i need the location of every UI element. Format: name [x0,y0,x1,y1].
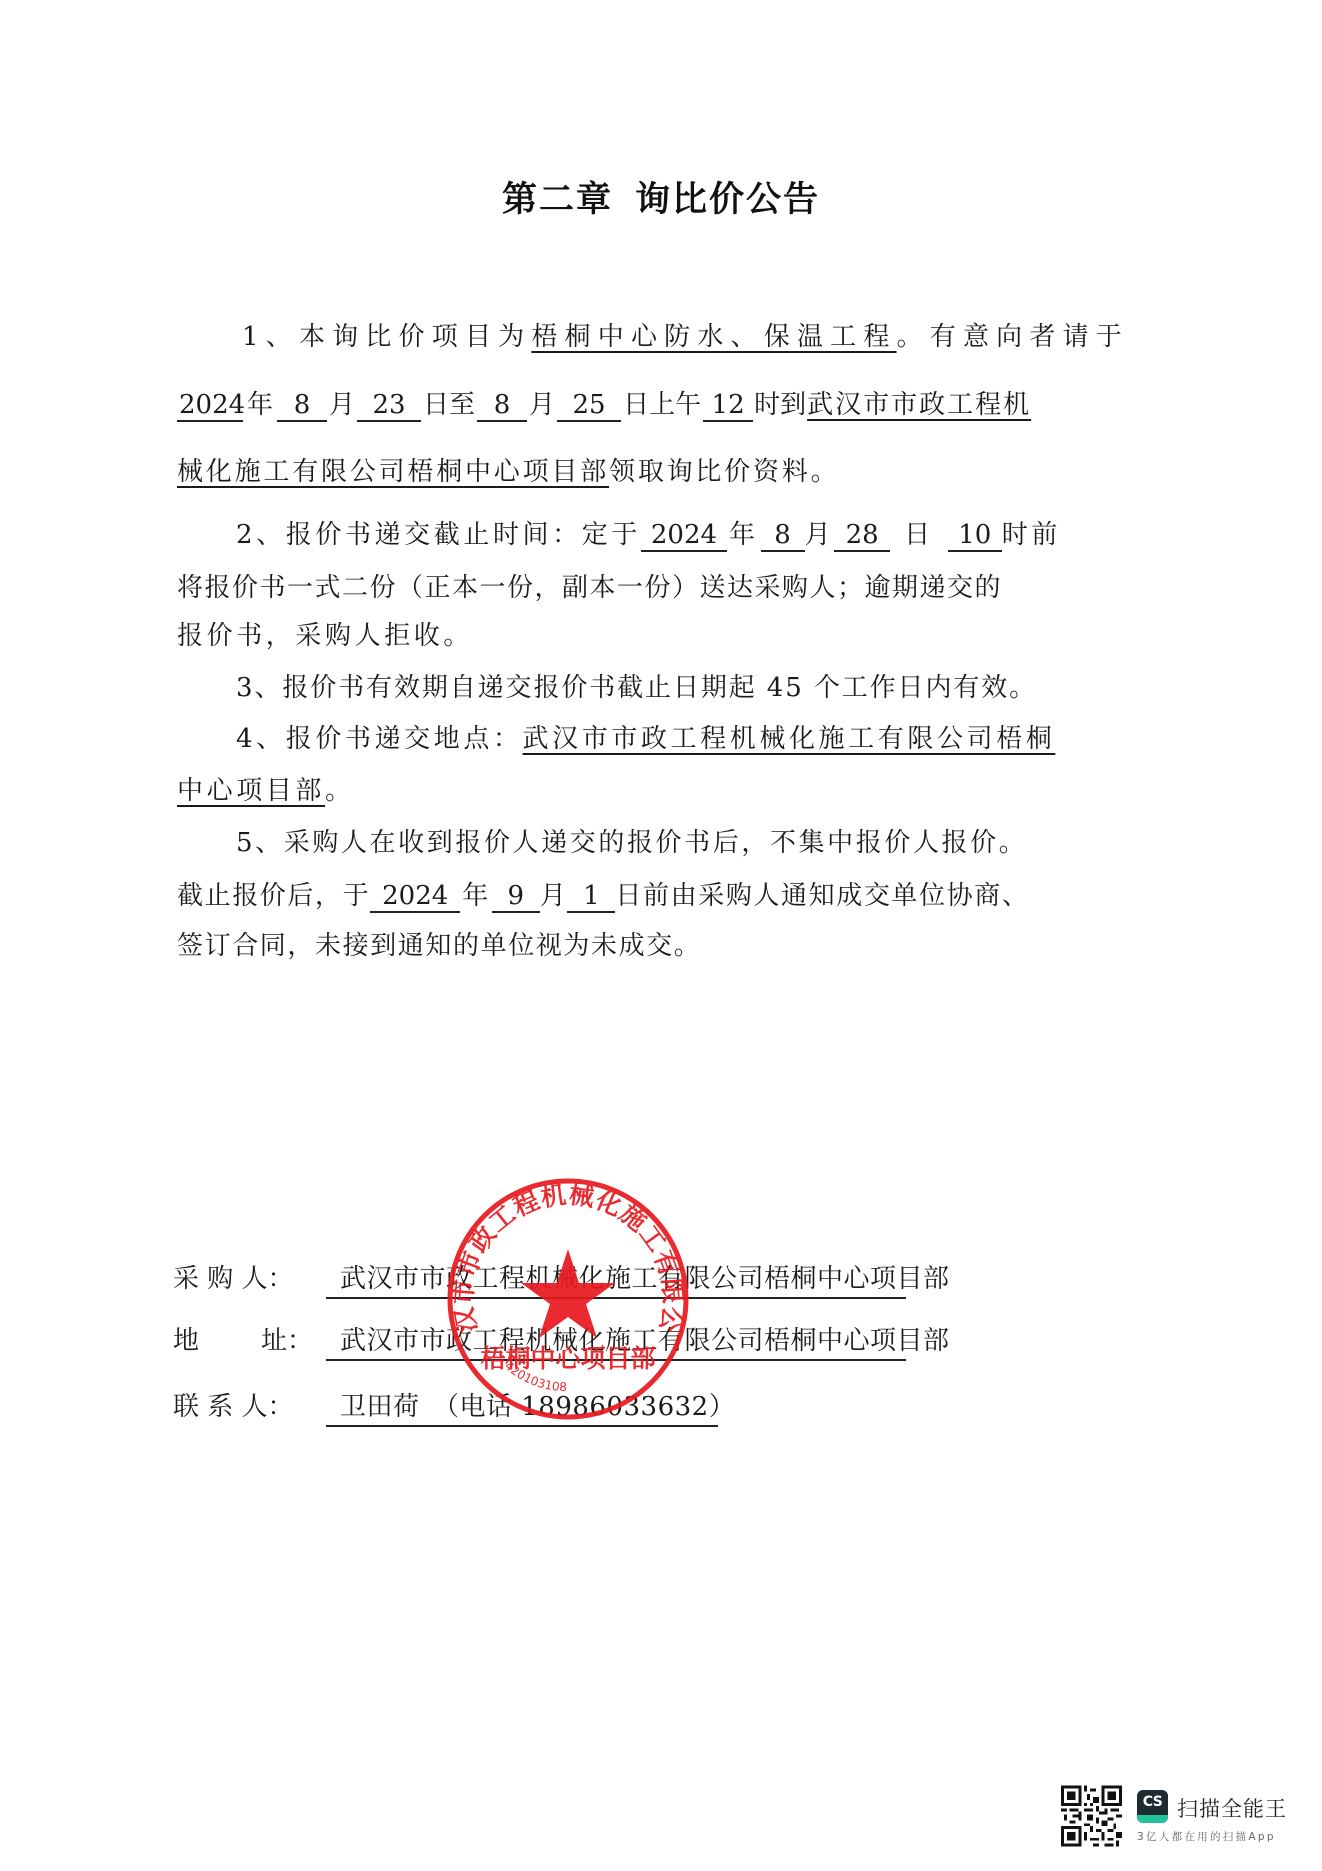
brand-tagline: 3亿人都在用的扫描App [1137,1829,1276,1844]
text: 月 [329,390,355,420]
text: 。 [325,776,355,806]
end-day: 25 [557,391,621,422]
start-year: 2024 [177,391,243,422]
text: 址： [261,1326,313,1356]
deadline-day: 28 [834,521,890,552]
text: 2、报价书递交截止时间：定于 [236,520,641,550]
text: 月 [805,520,835,550]
para2-line2: 将报价书一式二份（正本一份，副本一份）送达采购人；逾期递交的 [177,567,1002,604]
chapter-label: 第二章 [502,180,613,220]
text: 日前由采购人通知成交单位协商、 [615,881,1029,911]
start-month: 8 [277,391,327,422]
contact-label: 联 系 人： [173,1386,323,1423]
text: 年 [462,881,490,911]
text: 领取询比价资料。 [609,457,839,487]
contact-row: 联 系 人： 卫田荷 （电话 18986033632） [173,1386,323,1423]
hour: 12 [703,391,753,422]
submission-location: 中心项目部 [177,776,325,806]
text: 时前 [1002,520,1061,550]
brand-name: 扫描全能王 [1177,1793,1287,1823]
purchaser-label: 采 购 人： [173,1258,323,1295]
text: 4、报价书递交地点： [236,724,523,754]
para4-line2: 中心项目部。 [177,770,355,807]
purchaser-row: 采 购 人： 武汉市市政工程机械化施工有限公司梧桐中心项目部 [173,1258,323,1295]
para5-line3: 签订合同，未接到通知的单位视为未成交。 [177,925,701,962]
deadline-year: 2024 [641,521,727,552]
para5-line2: 截止报价后，于2024年9月1日前由采购人通知成交单位协商、 [177,875,1029,913]
para2-line1: 2、报价书递交截止时间：定于2024年8月28日10时前 [236,514,1061,552]
purchaser-value: 武汉市市政工程机械化施工有限公司梧桐中心项目部 [326,1258,906,1299]
end-month: 8 [477,391,527,422]
text: 日至 [423,390,475,420]
para5-line1: 5、采购人在收到报价人递交的报价书后，不集中报价人报价。 [236,822,1027,859]
address-label: 地址： [173,1320,323,1357]
address-value: 武汉市市政工程机械化施工有限公司梧桐中心项目部 [326,1320,906,1361]
text: 年 [247,390,273,420]
contact-value: 卫田荷 （电话 18986033632） [326,1386,718,1427]
para1-line2: 2024年8月23日至8月25日上午12时到武汉市市政工程机 [177,384,1031,422]
notice-day: 1 [567,882,615,913]
notice-title: 询比价公告 [635,180,820,220]
logo-accent-band [1137,1815,1168,1823]
project-name: 梧桐中心防水、保温工程 [531,322,896,352]
page-title: 第二章询比价公告 [0,172,1322,222]
para3: 3、报价书有效期自递交报价书截止日期起 45 个工作日内有效。 [236,667,1037,704]
submission-location: 武汉市市政工程机械化施工有限公司梧桐 [523,724,1056,754]
text: 。有意向者请于 [897,322,1129,352]
svg-text:武汉市市政工程机械化施工有限公司: 武汉市市政工程机械化施工有限公司 [446,1177,688,1335]
text: 日 [904,520,934,550]
text: 地 [173,1326,199,1356]
text: 月 [529,390,555,420]
para1-line1: 1、本询比价项目为梧桐中心防水、保温工程。有意向者请于 [242,316,1129,353]
para1-line3: 械化施工有限公司梧桐中心项目部领取询比价资料。 [177,451,839,488]
notice-year: 2024 [370,882,460,913]
text: 1、本询比价项目为 [242,322,531,352]
qr-code-icon [1061,1785,1122,1847]
text: 月 [540,881,568,911]
para4-line1: 4、报价书递交地点：武汉市市政工程机械化施工有限公司梧桐 [236,718,1055,755]
location: 武汉市市政工程机 [807,390,1031,420]
text: 时到 [754,390,806,420]
para2-line3: 报价书，采购人拒收。 [177,615,473,652]
start-day: 23 [357,391,421,422]
address-row: 地址： 武汉市市政工程机械化施工有限公司梧桐中心项目部 [173,1320,323,1357]
notice-month: 9 [492,882,540,913]
company-seal-icon: 武汉市市政工程机械化施工有限公司 梧桐中心项目部 420103108 [446,1177,690,1421]
text: 年 [729,520,759,550]
deadline-month: 8 [761,521,805,552]
text: 日上午 [623,390,701,420]
text: 截止报价后，于 [177,881,370,911]
location: 械化施工有限公司梧桐中心项目部 [177,457,609,487]
logo-text: CS [1137,1794,1168,1810]
camscanner-logo-icon: CS [1137,1790,1168,1823]
deadline-hour: 10 [948,521,1002,552]
